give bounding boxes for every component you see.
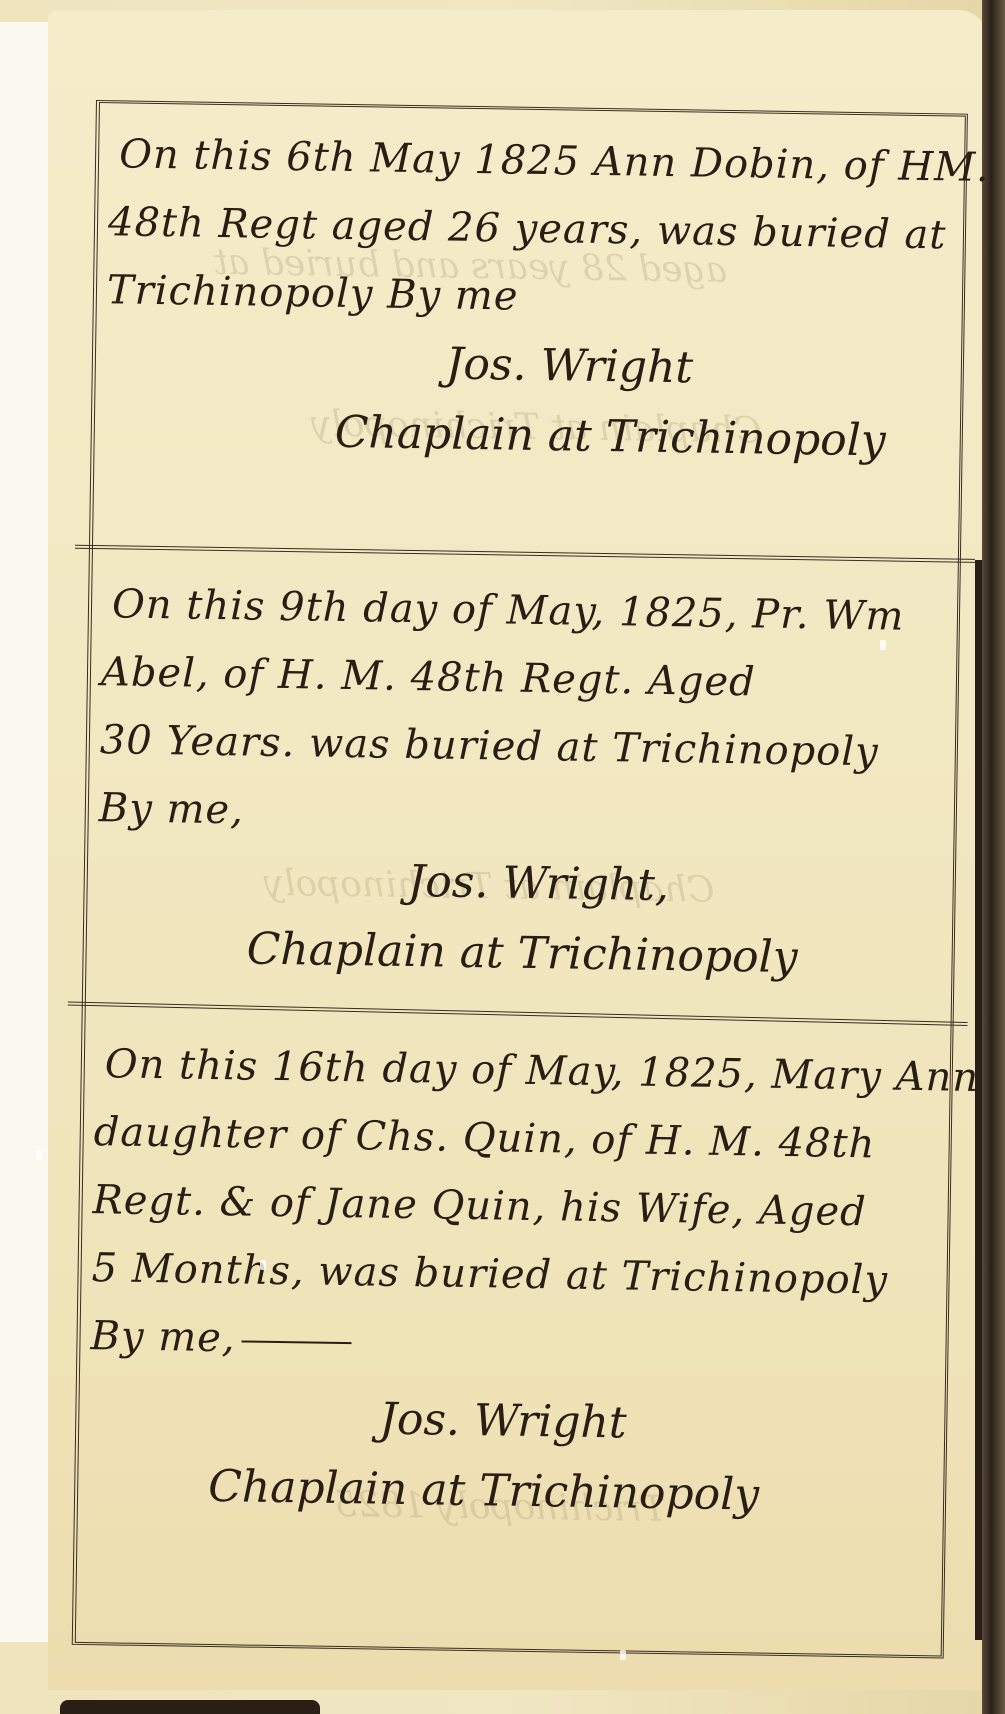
burial-entry-1: On this 6th May 1825 Ann Dobin, of HM. 4… xyxy=(103,120,953,553)
chaplain-signature: Jos. Wright xyxy=(89,1380,934,1463)
chaplain-title: Chaplain at Trichinopoly xyxy=(88,1450,933,1533)
burial-entry-2: On this 9th day of May, 1825, Pr. Wm Abe… xyxy=(96,570,947,1023)
chaplain-title: Chaplain at Trichinopoly xyxy=(96,912,941,995)
book-spine xyxy=(982,0,1005,1714)
page-bottom-shadow xyxy=(60,1700,320,1714)
burial-register: aged 28 years and buried at Chaplain at … xyxy=(72,100,968,1659)
chaplain-signature: Jos. Wright, xyxy=(97,842,942,925)
left-margin-strip xyxy=(0,22,50,1642)
glare-speck xyxy=(880,640,886,650)
burial-entry-3: On this 16th day of May, 1825, Mary Ann … xyxy=(86,1030,939,1613)
entry-line: Trichinopoly By me xyxy=(106,256,951,337)
glare-speck xyxy=(620,1650,626,1660)
glare-speck xyxy=(260,1260,266,1270)
chaplain-title: Chaplain at Trichinopoly xyxy=(104,394,949,477)
entry-line: By me, xyxy=(98,774,943,855)
by-me-text: By me, xyxy=(90,1313,236,1361)
flourish-rule xyxy=(242,1340,352,1344)
glare-speck xyxy=(36,1150,42,1160)
chaplain-signature: Jos. Wright xyxy=(105,324,950,407)
entry-line: By me, xyxy=(90,1302,935,1383)
